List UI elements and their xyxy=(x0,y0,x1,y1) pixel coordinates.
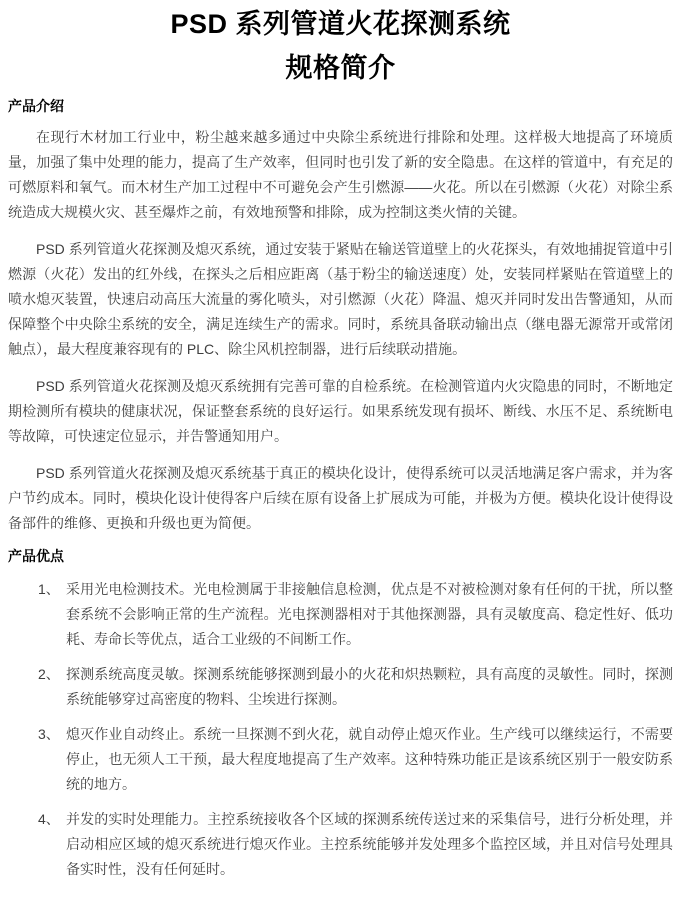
doc-subtitle: 规格简介 xyxy=(8,46,673,90)
intro-paragraph-2: PSD 系列管道火花探测及熄灭系统，通过安装于紧贴在输送管道壁上的火花探头，有效… xyxy=(8,237,673,362)
section-heading-product-advantages: 产品优点 xyxy=(8,548,673,565)
list-item-text: 熄灭作业自动终止。系统一旦探测不到火花，就自动停止熄灭作业。生产线可以继续运行，… xyxy=(66,722,673,797)
list-item: 1、 采用光电检测技术。光电检测属于非接触信息检测，优点是不对被检测对象有任何的… xyxy=(8,577,673,652)
intro-paragraph-4: PSD 系列管道火花探测及熄灭系统基于真正的模块化设计，使得系统可以灵活地满足客… xyxy=(8,461,673,536)
list-item-text: 采用光电检测技术。光电检测属于非接触信息检测，优点是不对被检测对象有任何的干扰，… xyxy=(66,577,673,652)
intro-paragraph-1: 在现行木材加工行业中，粉尘越来越多通过中央除尘系统进行排除和处理。这样极大地提高… xyxy=(8,125,673,225)
list-item-text: 并发的实时处理能力。主控系统接收各个区域的探测系统传送过来的采集信号，进行分析处… xyxy=(66,807,673,882)
doc-title: PSD 系列管道火花探测系统 xyxy=(8,2,673,46)
list-item-number: 4、 xyxy=(38,807,66,832)
list-item-number: 2、 xyxy=(38,662,66,687)
list-item-number: 1、 xyxy=(38,577,66,602)
list-item: 2、 探测系统高度灵敏。探测系统能够探测到最小的火花和炽热颗粒，具有高度的灵敏性… xyxy=(8,662,673,712)
document-page: { "doc": { "title": "PSD 系列管道火花探测系统", "s… xyxy=(0,0,681,898)
list-item: 3、 熄灭作业自动终止。系统一旦探测不到火花，就自动停止熄灭作业。生产线可以继续… xyxy=(8,722,673,797)
advantage-list: 1、 采用光电检测技术。光电检测属于非接触信息检测，优点是不对被检测对象有任何的… xyxy=(8,577,673,882)
list-item-text: 探测系统高度灵敏。探测系统能够探测到最小的火花和炽热颗粒，具有高度的灵敏性。同时… xyxy=(66,662,673,712)
list-item: 4、 并发的实时处理能力。主控系统接收各个区域的探测系统传送过来的采集信号，进行… xyxy=(8,807,673,882)
intro-paragraph-3: PSD 系列管道火花探测及熄灭系统拥有完善可靠的自检系统。在检测管道内火灾隐患的… xyxy=(8,374,673,449)
list-item-number: 3、 xyxy=(38,722,66,747)
spec-document: PSD 系列管道火花探测系统 规格简介 产品介绍 在现行木材加工行业中，粉尘越来… xyxy=(0,0,681,898)
section-heading-product-intro: 产品介绍 xyxy=(8,98,673,115)
